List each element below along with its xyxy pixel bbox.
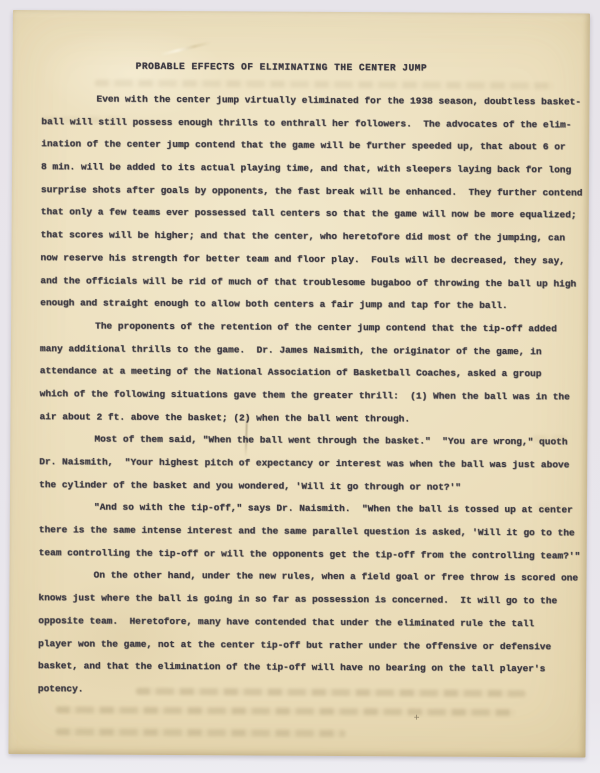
- text-line: ination of the center jump contend that …: [41, 134, 583, 160]
- text-line: which of the following situations gave t…: [40, 383, 582, 409]
- text-line: ball will still possess enough thrills t…: [41, 111, 583, 137]
- text-line: air about 2 ft. above the basket; (2) wh…: [39, 406, 581, 432]
- text-line: On the other hand, under the new rules, …: [38, 565, 580, 591]
- plus-mark: +: [414, 714, 420, 724]
- text-line: surprise shots after goals by opponents,…: [41, 179, 583, 205]
- text-line: 8 min. will be added to its actual playi…: [41, 156, 583, 182]
- text-line: and the officials will be rid of much of…: [40, 270, 582, 296]
- text-line: Even with the center jump virtually elim…: [41, 88, 583, 114]
- text-line: now reserve his strength for better team…: [40, 247, 582, 273]
- text-line: that only a few teams ever possessed tal…: [41, 202, 583, 228]
- text-line: The proponents of the retention of the c…: [40, 315, 582, 341]
- text-line: basket, and that the elimination of the …: [38, 655, 580, 681]
- paper-crease: [160, 41, 211, 56]
- bleed-through-smudge: [537, 503, 565, 510]
- bleed-through-line: [95, 79, 555, 89]
- text-line: team controlling the tip-off or will the…: [39, 542, 581, 568]
- text-line: knows just where the ball is going in so…: [38, 587, 580, 613]
- text-line: opposite team. Heretofore, many have con…: [38, 610, 580, 636]
- document-page: PROBABLE EFFECTS OF ELIMINATING THE CENT…: [8, 10, 590, 758]
- text-line: the cylinder of the basket and you wonde…: [39, 474, 581, 500]
- document-body: Even with the center jump virtually elim…: [38, 88, 583, 704]
- bleed-through-line: [56, 728, 346, 737]
- text-line: enough and straight enough to allow both…: [40, 292, 582, 318]
- text-line: there is the same intense interest and t…: [39, 519, 581, 545]
- bleed-through-line: [56, 706, 516, 716]
- document-title: PROBABLE EFFECTS OF ELIMINATING THE CENT…: [136, 61, 428, 74]
- text-line: Most of them said, "When the ball went t…: [39, 428, 581, 454]
- text-line: player won the game, not at the center t…: [38, 633, 580, 659]
- text-line: Dr. Naismith, "Your highest pitch of exp…: [39, 451, 581, 477]
- text-line: attendance at a meeting of the National …: [40, 360, 582, 386]
- text-line: many additional thrills to the game. Dr.…: [40, 338, 582, 364]
- bleed-through-smudge: [532, 435, 566, 442]
- scan-background: { "scan": { "background_color": "#e8e5eb…: [0, 0, 600, 773]
- text-line: "And so with the tip-off," says Dr. Nais…: [39, 497, 581, 523]
- text-line: that scores will be higher; and that the…: [41, 224, 583, 250]
